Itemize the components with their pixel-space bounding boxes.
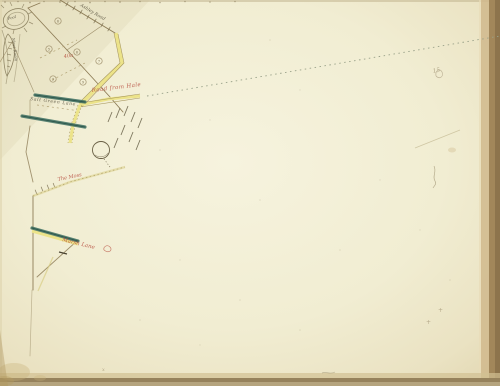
pencil-note: x [102,367,105,373]
scanned-map-sheet: 6 5 6 7 3 9 40a Road from Hale The Moss … [0,0,500,386]
pencil-note: + [426,319,431,326]
map-canvas: 6 5 6 7 3 9 40a Road from Hale The Moss … [0,0,500,386]
pencil-note: + [438,307,443,314]
paper-edge-right [479,0,500,386]
paper-edge-bottom [0,373,500,386]
paper-background [0,0,500,386]
